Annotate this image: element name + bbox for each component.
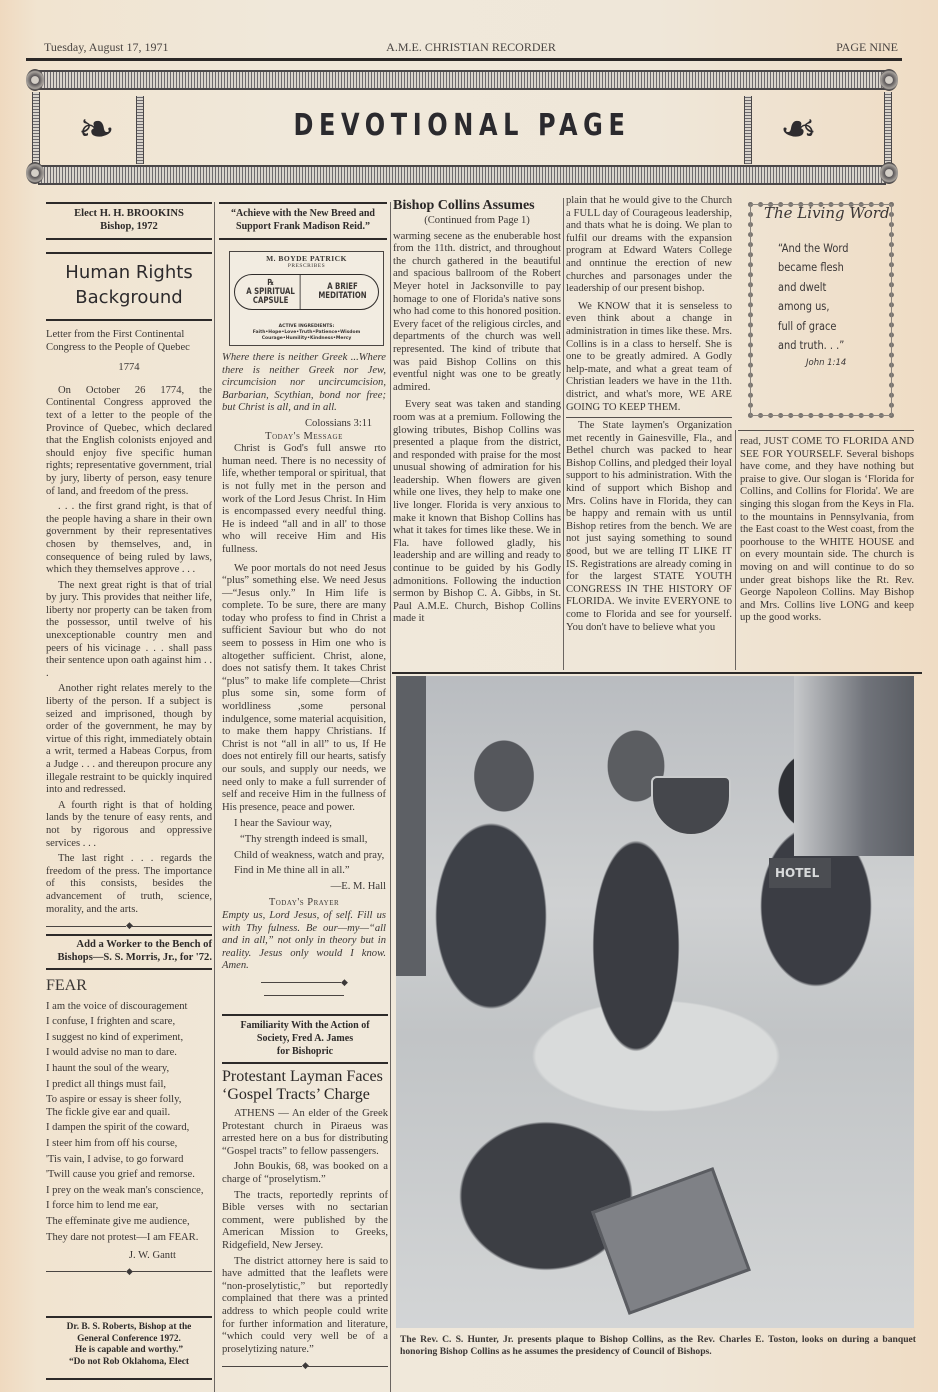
section-title: DEVOTIONAL PAGE <box>112 108 813 143</box>
ad-rule <box>222 1014 388 1016</box>
ad-line: for Bishopric <box>222 1045 388 1058</box>
paragraph: ATHENS — An elder of the Greek Protestan… <box>222 1108 388 1158</box>
meditation-article: Where there is neither Greek ...Where th… <box>222 352 386 1001</box>
paragraph: The State laymen's Organization met rece… <box>566 420 732 634</box>
banner-post-right <box>884 92 892 164</box>
article-headline: Bishop Collins Assumes <box>393 197 561 215</box>
article-year: 1774 <box>46 362 212 375</box>
ad-rule <box>46 1378 212 1380</box>
ad-rule <box>46 238 212 240</box>
section-banner: ❧ DEVOTIONAL PAGE ❧ <box>24 66 900 192</box>
continued-note: (Continued from Page 1) <box>393 215 561 228</box>
banquet-photo: HOTEL <box>396 676 914 1328</box>
james-ad: Familiarity With the Action of Society, … <box>222 1019 388 1058</box>
ad-line: General Conference 1972. <box>46 1334 212 1346</box>
paragraph: We poor mortals do not need Jesus “plus”… <box>222 563 386 815</box>
ad-line: He is capable and worthy.” <box>46 1345 212 1357</box>
poem-line: I prey on the weak man's conscience, <box>46 1185 212 1198</box>
rosette-icon <box>26 69 44 91</box>
ad-rule <box>46 934 212 936</box>
verse-reference: John 1:14 <box>806 358 846 368</box>
hotel-sign: HOTEL <box>769 858 831 888</box>
ad-rule <box>46 968 212 970</box>
rosette-icon <box>26 162 44 184</box>
publication-name: A.M.E. CHRISTIAN RECORDER <box>44 40 898 55</box>
poem-line: 'Twill cause you grief and remorse. <box>46 1169 212 1182</box>
poem-line: The fickle give ear and quail. <box>46 1107 212 1120</box>
photo-top-rule <box>392 672 922 674</box>
banner-frame-top <box>38 70 886 90</box>
verse-line: and dwelt <box>778 278 848 297</box>
human-rights-article: Human Rights Background <box>46 260 212 310</box>
poem-line: I am the voice of discouragement <box>46 1001 212 1014</box>
verse-line: “And the Word <box>778 239 848 258</box>
headline-rule <box>46 252 212 254</box>
ad-line: Dr. B. S. Roberts, Bishop at the <box>46 1322 212 1334</box>
paragraph-rule <box>566 417 732 418</box>
poem-line: To aspire or essay is sheer folly, <box>46 1094 212 1107</box>
roberts-ad: Dr. B. S. Roberts, Bishop at the General… <box>46 1322 212 1368</box>
living-word-verse: “And the Word became flesh and dwelt amo… <box>778 239 848 355</box>
paragraph: John Boukis, 68, was booked on a charge … <box>222 1161 388 1186</box>
poem-line: The effeminate give me audience, <box>46 1216 212 1229</box>
paragraph: A fourth right is that of holding lands … <box>46 800 212 850</box>
poem-line: I steer him from off his course, <box>46 1138 212 1151</box>
article-headline: Protestant Layman Faces ‘Gospel Tracts’ … <box>222 1068 388 1104</box>
ingredients-list: Faith•Hope•Love•Truth•Patience•Wisdom Co… <box>230 330 383 342</box>
ad-line: Bishop, 1972 <box>46 220 212 233</box>
message-heading: Today's Message <box>222 431 386 444</box>
headline-rule <box>46 319 212 321</box>
rx-ad-sub: PRESCRIBES <box>230 263 383 269</box>
scripture-reference: Colossians 3:11 <box>222 418 386 431</box>
ad-rule <box>46 1316 212 1318</box>
column-rule <box>214 202 215 1392</box>
hymn-line: Find in Me thine all in all.” <box>222 865 386 878</box>
photo-curtain <box>396 676 426 976</box>
ad-rule <box>222 1062 388 1064</box>
living-word-title: The Living Word <box>764 204 890 222</box>
poem-line: I suggest no kind of experiment, <box>46 1032 212 1045</box>
capsule-right: A BRIEF MEDITATION <box>313 275 371 309</box>
prayer-text: Empty us, Lord Jesus, of self. Fill us w… <box>222 910 386 973</box>
rosette-icon <box>880 162 898 184</box>
paragraph: plain that he would give to the Church a… <box>566 195 732 296</box>
scroll-ornament-icon: ❧ <box>780 108 817 152</box>
headline-line: Human Rights <box>46 260 212 285</box>
box-rule <box>738 430 914 431</box>
column-rule <box>735 430 736 670</box>
scripture-text: Where there is neither Greek ...Where th… <box>222 352 386 415</box>
column-rule <box>563 198 564 670</box>
photo-caption: The Rev. C. S. Hunter, Jr. presents plaq… <box>400 1334 916 1358</box>
capsule-left: ℞ A SPIRITUAL CAPSULE <box>241 275 300 309</box>
photo-curtain <box>794 676 914 856</box>
protestant-article: Protestant Layman Faces ‘Gospel Tracts’ … <box>222 1068 388 1372</box>
poem-line: 'Tis vain, I advise, to go forward <box>46 1154 212 1167</box>
verse-line: among us, <box>778 297 848 316</box>
running-head: Tuesday, August 17, 1971 A.M.E. CHRISTIA… <box>44 40 898 54</box>
camera-icon <box>591 1167 751 1315</box>
paragraph: Another right relates merely to the libe… <box>46 683 212 796</box>
ad-line: Bishops—S. S. Morris, Jr., for '72. <box>46 951 212 964</box>
hymn-line: I hear the Saviour way, <box>222 818 386 831</box>
headline-line: Background <box>46 285 212 310</box>
human-rights-body: Letter from the First Continental Congre… <box>46 329 212 932</box>
ad-line: “Achieve with the New Breed and <box>219 207 387 220</box>
poem-line: I haunt the soul of the weary, <box>46 1063 212 1076</box>
section-divider-icon: ◆ <box>222 1359 388 1372</box>
poem-line: I predict all things must fail, <box>46 1079 212 1092</box>
newspaper-page: Tuesday, August 17, 1971 A.M.E. CHRISTIA… <box>0 0 938 1392</box>
banner-frame-bottom <box>38 165 886 185</box>
paragraph: The district attorney here is said to ha… <box>222 1256 388 1357</box>
paragraph: Every seat was taken and standing room w… <box>393 399 561 626</box>
section-divider-icon: ◆ <box>46 919 212 932</box>
paragraph: The next great right is that of trial by… <box>46 580 212 681</box>
poem-line: They dare not protest—I am FEAR. <box>46 1232 212 1245</box>
verse-line: and truth. . .” <box>778 336 848 355</box>
paragraph: We KNOW that it is senseless to even thi… <box>566 301 732 414</box>
collins-article-col1: Bishop Collins Assumes (Continued from P… <box>393 197 561 629</box>
ad-line: Elect H. H. BROOKINS <box>46 207 212 220</box>
paragraph: read, JUST COME TO FLORIDA AND SEE FOR Y… <box>740 436 914 625</box>
ad-rule <box>219 238 387 240</box>
headline-line: ‘Gospel Tracts’ Charge <box>222 1086 388 1104</box>
ad-line: Support Frank Madison Reid.” <box>219 220 387 233</box>
scroll-ornament-icon: ❧ <box>78 108 115 152</box>
paragraph: . . . the first grand right, is that of … <box>46 501 212 577</box>
headline-line: Protestant Layman Faces <box>222 1068 388 1086</box>
capsule-text: MEDITATION <box>318 292 366 301</box>
collins-article-col3: read, JUST COME TO FLORIDA AND SEE FOR Y… <box>740 436 914 628</box>
article-subtitle: Letter from the First Continental Congre… <box>46 329 212 354</box>
reid-ad: “Achieve with the New Breed and Support … <box>219 207 387 233</box>
banner-post-left <box>32 92 40 164</box>
prayer-heading: Today's Prayer <box>222 897 386 910</box>
prescription-ad: M. BOYDE PATRICK PRESCRIBES ℞ A SPIRITUA… <box>229 251 384 346</box>
capsule-text: CAPSULE <box>253 297 289 306</box>
paragraph: warming secene as the enuberable host fr… <box>393 231 561 395</box>
verse-line: full of grace <box>778 317 848 336</box>
section-divider-icon: ◆ <box>222 976 386 1001</box>
head-rule <box>26 58 902 61</box>
hymn-author: —E. M. Hall <box>222 881 386 894</box>
poem-line: I confuse, I frighten and scare, <box>46 1016 212 1029</box>
paragraph: The tracts, reportedly reprints of Bible… <box>222 1190 388 1253</box>
hymn-line: Child of weakness, watch and pray, <box>222 850 386 863</box>
section-divider-icon: ◆ <box>46 1265 212 1278</box>
poem-author: J. W. Gantt <box>46 1250 176 1263</box>
ad-line: Society, Fred A. James <box>222 1032 388 1045</box>
collins-article-col2: plain that he would give to the Church a… <box>566 195 732 637</box>
paragraph: The last right . . . regards the freedom… <box>46 853 212 916</box>
ad-line: Familiarity With the Action of <box>222 1019 388 1032</box>
capsule-icon: ℞ A SPIRITUAL CAPSULE A BRIEF MEDITATION <box>234 274 379 310</box>
ad-line: Add a Worker to the Bench of <box>46 938 212 951</box>
paragraph: On October 26 1774, the Continental Cong… <box>46 385 212 498</box>
article-headline: Human Rights Background <box>46 260 212 310</box>
fear-poem: FEAR I am the voice of discouragement I … <box>46 980 212 1277</box>
rosette-icon <box>880 69 898 91</box>
rx-ingredients: ACTIVE INGREDIENTS: Faith•Hope•Love•Trut… <box>230 324 383 342</box>
ad-rule <box>46 202 212 204</box>
hymn-line: “Thy strength indeed is small, <box>222 834 386 847</box>
morris-ad: Add a Worker to the Bench of Bishops—S. … <box>46 938 212 964</box>
paragraph: Christ is God's full answe rto human nee… <box>222 443 386 556</box>
poem-line: I dampen the spirit of the coward, <box>46 1122 212 1135</box>
poem-title: FEAR <box>46 980 212 993</box>
verse-line: became flesh <box>778 258 848 277</box>
brookins-ad: Elect H. H. BROOKINS Bishop, 1972 <box>46 207 212 233</box>
ad-rule <box>219 202 387 204</box>
ad-line: “Do not Rob Oklahoma, Elect <box>46 1357 212 1369</box>
rx-ad-name: M. BOYDE PATRICK <box>230 254 383 263</box>
poem-line: I would advise no man to dare. <box>46 1047 212 1060</box>
plaque-icon <box>651 776 731 836</box>
poem-line: I force him to lend me ear, <box>46 1200 212 1213</box>
column-rule <box>390 202 391 1392</box>
